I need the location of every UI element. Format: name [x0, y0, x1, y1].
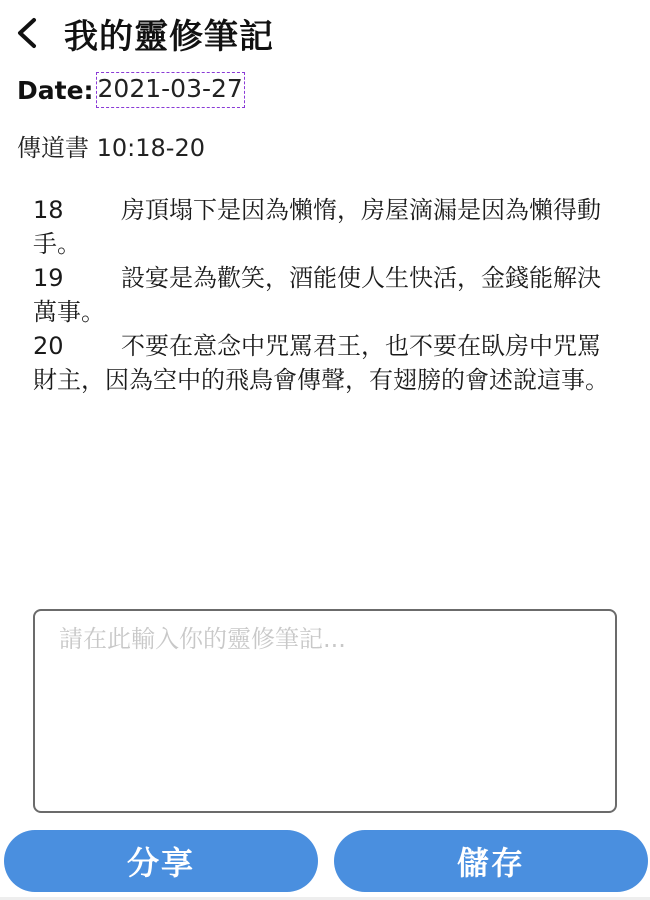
date-row: Date: 2021-03-27 — [17, 72, 245, 108]
back-button[interactable] — [14, 10, 50, 56]
notes-input[interactable] — [33, 609, 617, 813]
verse-number: 19 — [33, 261, 121, 295]
date-picker[interactable]: 2021-03-27 — [96, 72, 245, 108]
verse-number: 20 — [33, 329, 121, 363]
header: 我的靈修筆記 — [14, 8, 274, 58]
verse: 18房頂塌下是因為懶惰，房屋滴漏是因為懶得動手。 — [33, 193, 623, 261]
scripture-reference: 傳道書 10:18-20 — [17, 128, 205, 163]
chevron-left-icon — [14, 16, 40, 50]
share-button[interactable]: 分享 — [4, 830, 318, 892]
verse: 20不要在意念中咒罵君王，也不要在臥房中咒罵財主，因為空中的飛鳥會傳聲，有翅膀的… — [33, 329, 623, 397]
save-button[interactable]: 儲存 — [334, 830, 648, 892]
page-title: 我的靈修筆記 — [64, 9, 274, 58]
verse: 19設宴是為歡笑，酒能使人生快活，金錢能解決萬事。 — [33, 261, 623, 329]
scripture-text: 18房頂塌下是因為懶惰，房屋滴漏是因為懶得動手。 19設宴是為歡笑，酒能使人生快… — [33, 193, 623, 397]
verse-number: 18 — [33, 193, 121, 227]
devotional-notes-page: 我的靈修筆記 Date: 2021-03-27 傳道書 10:18-20 18房… — [0, 0, 650, 900]
date-label: Date: — [17, 76, 94, 105]
